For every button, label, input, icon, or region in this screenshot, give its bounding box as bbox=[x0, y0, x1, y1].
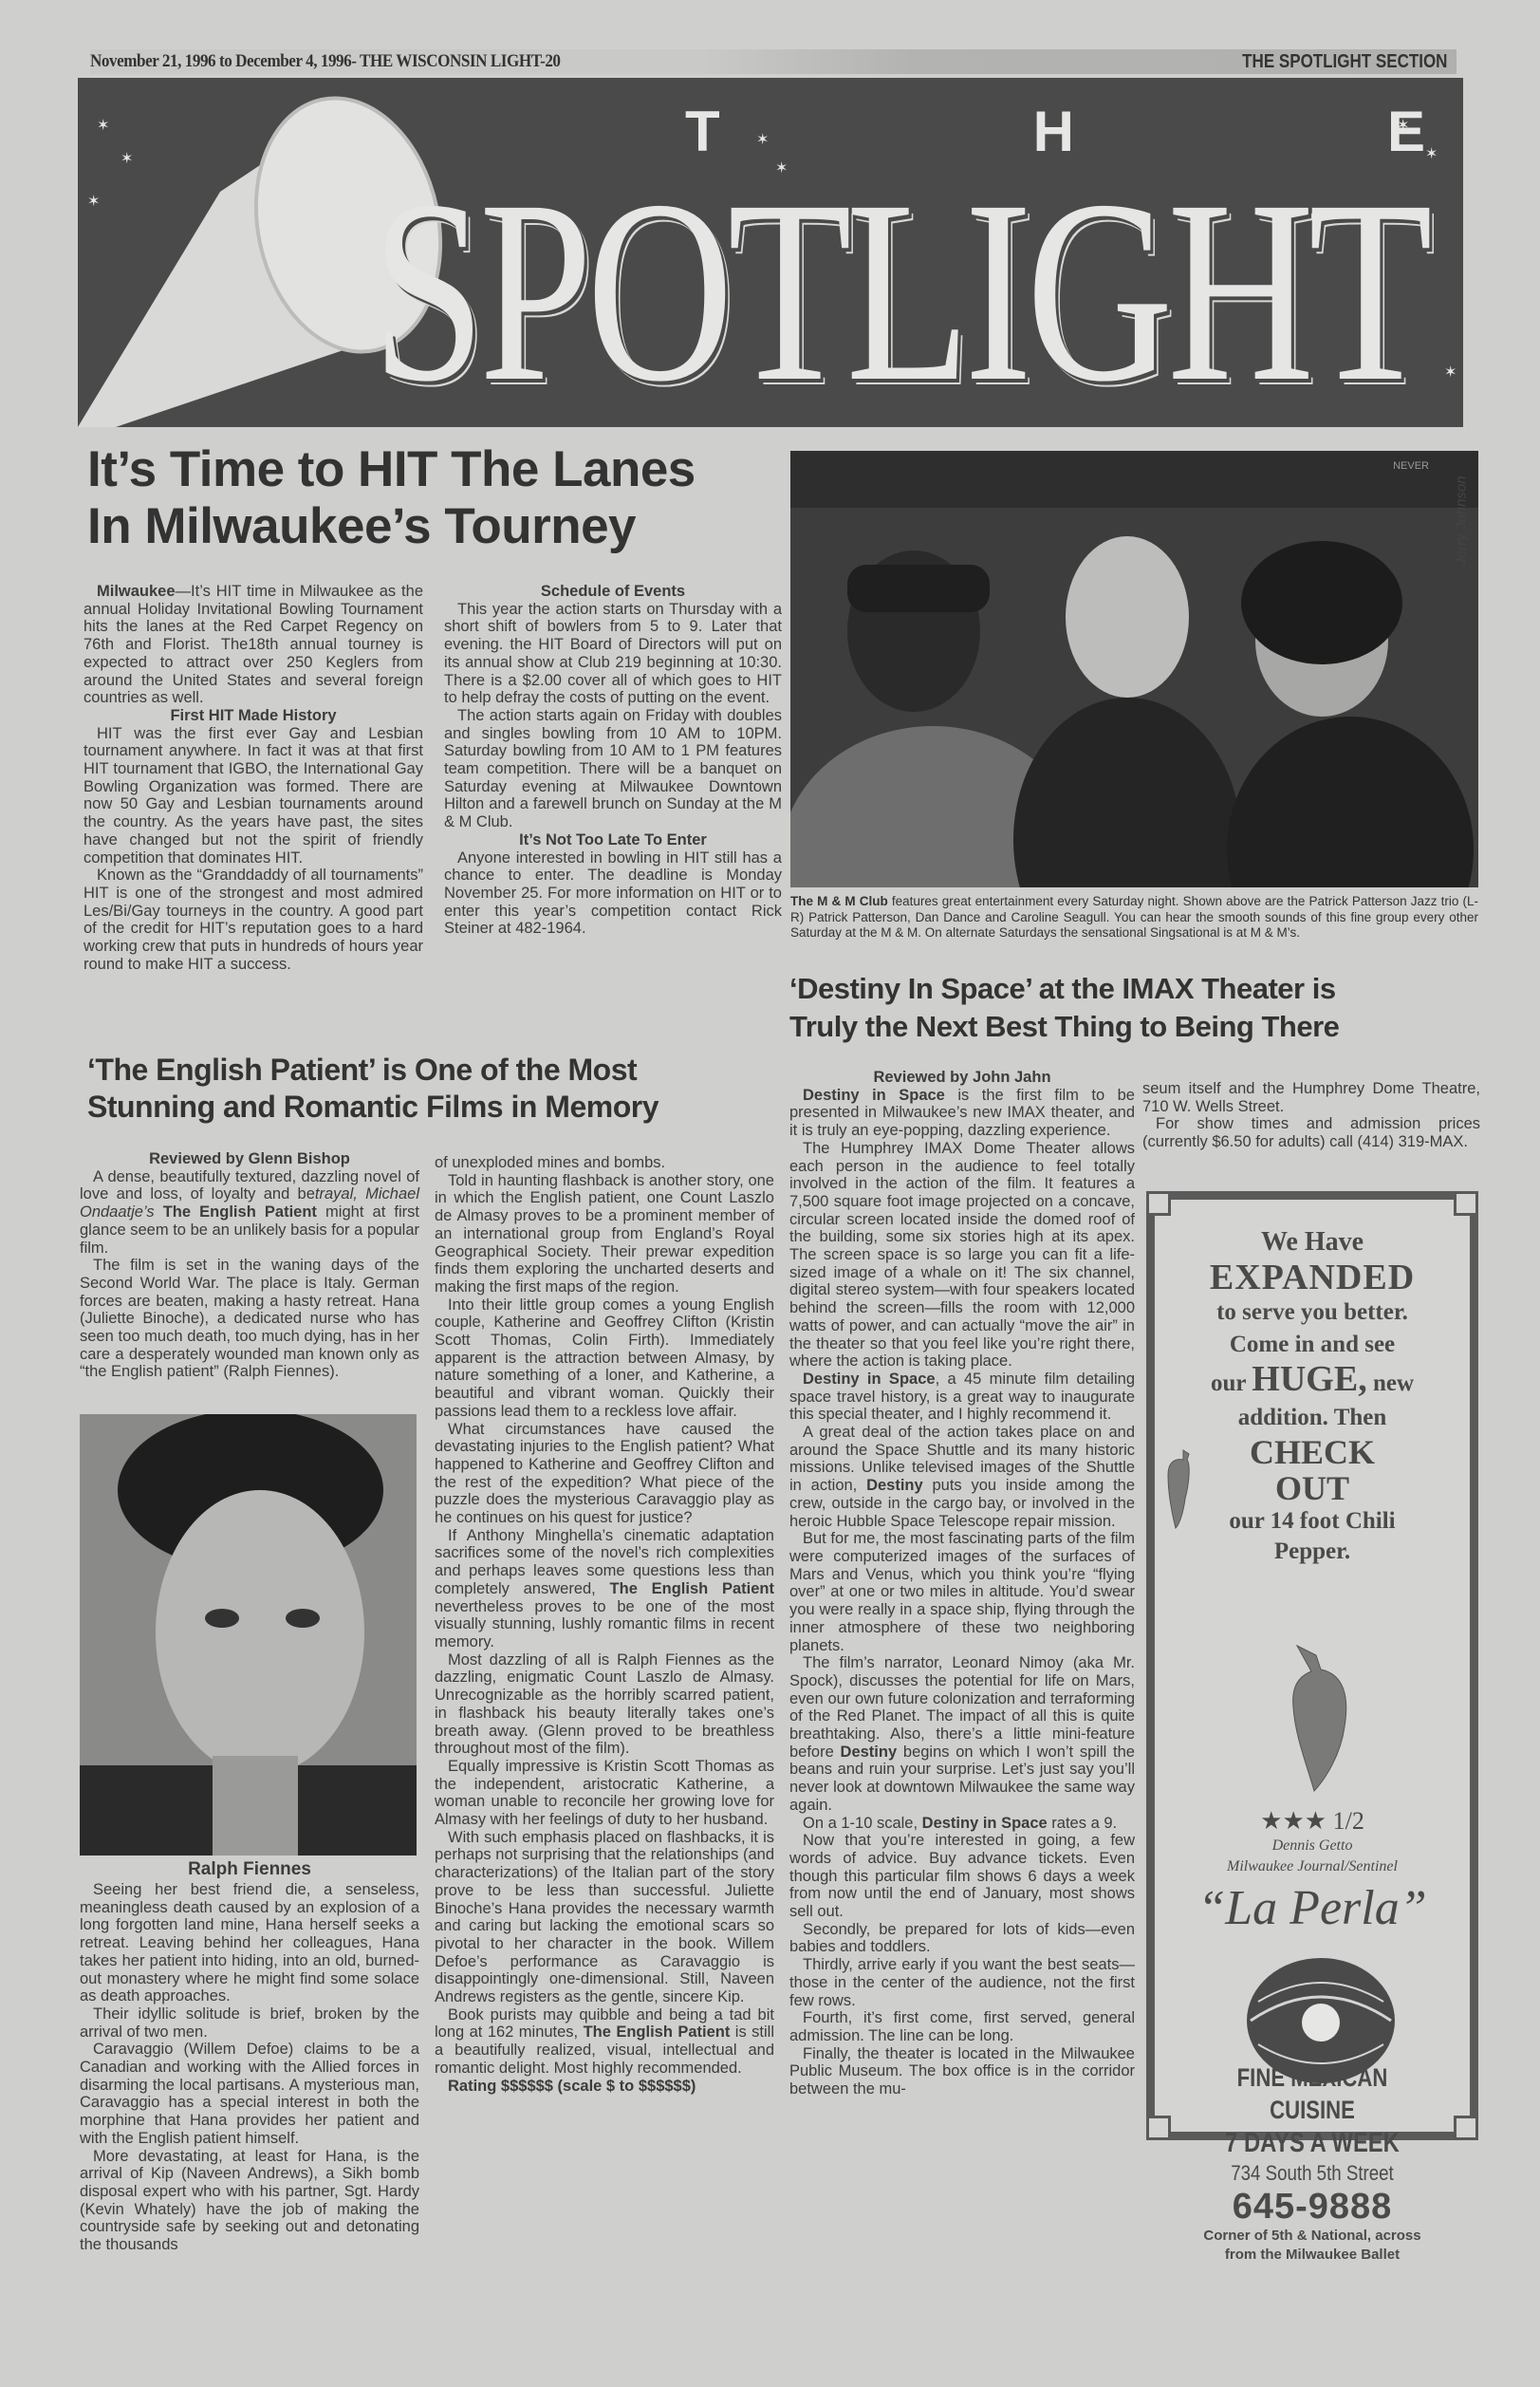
paragraph: Thirdly, arrive early if you want the be… bbox=[789, 1956, 1135, 2009]
photo-caption: Ralph Fiennes bbox=[80, 1858, 419, 1881]
section-label: THE SPOTLIGHT SECTION bbox=[1242, 51, 1447, 73]
masthead-title: SPOTLIGHT bbox=[372, 182, 1427, 401]
mm-club-photo: NEVER bbox=[790, 451, 1478, 887]
imax-headline: ‘Destiny In Space’ at the IMAX Theater i… bbox=[789, 970, 1482, 1046]
ad-phone: 645-9888 bbox=[1155, 2187, 1470, 2227]
chili-pepper-icon bbox=[1278, 1641, 1364, 1793]
paragraph: Into their little group comes a young En… bbox=[435, 1296, 774, 1421]
paragraph: Fourth, it’s first come, first served, g… bbox=[789, 2009, 1135, 2044]
english-patient-headline: ‘The English Patient’ is One of the Most… bbox=[87, 1052, 780, 1126]
paragraph: Caravaggio (Willem Defoe) claims to be a… bbox=[80, 2041, 419, 2147]
ad-text-run: our bbox=[1211, 1371, 1252, 1396]
sign-text: NEVER bbox=[1393, 460, 1429, 472]
mm-photo-caption: The M & M Club features great entertainm… bbox=[790, 894, 1478, 942]
hit-headline-line2: In Milwaukee’s Tourney bbox=[87, 498, 789, 555]
portrait-photo-icon bbox=[80, 1414, 417, 1856]
paragraph: Most dazzling of all is Ralph Fiennes as… bbox=[435, 1651, 774, 1758]
paragraph: The Humphrey IMAX Dome Theater allows ea… bbox=[789, 1140, 1135, 1371]
brand-logo-text: “La Perla” bbox=[1155, 1877, 1470, 1940]
paragraph: With such emphasis placed on flashbacks,… bbox=[435, 1829, 774, 2006]
film-title: Destiny bbox=[841, 1744, 898, 1761]
rating: Rating $$$$$$ (scale $ to $$$$$$) bbox=[448, 2078, 696, 2095]
photo-credit: Jerry Johnson bbox=[1466, 456, 1485, 598]
ad-corner bbox=[1454, 1191, 1478, 1216]
imax-headline-line1: ‘Destiny In Space’ at the IMAX Theater i… bbox=[789, 970, 1482, 1008]
byline: Reviewed by John Jahn bbox=[789, 1069, 1135, 1087]
ep-column-1b: Ralph Fiennes Seeing her best friend die… bbox=[80, 1858, 419, 2254]
paragraph: But for me, the most fascinating parts o… bbox=[789, 1530, 1135, 1654]
folio-bar: November 21, 1996 to December 4, 1996- T… bbox=[90, 49, 1457, 74]
ad-line: CHECK bbox=[1155, 1434, 1470, 1470]
byline: Reviewed by Glenn Bishop bbox=[80, 1150, 419, 1168]
ep-headline-line1: ‘The English Patient’ is One of the Most bbox=[87, 1052, 780, 1089]
ad-cuisine-line: CUISINE bbox=[1183, 2094, 1441, 2126]
subhead: First HIT Made History bbox=[83, 707, 423, 725]
ad-line: Come in and see bbox=[1155, 1329, 1470, 1361]
folio-date-line: November 21, 1996 to December 4, 1996- T… bbox=[90, 51, 561, 72]
ad-location: Corner of 5th & National, across bbox=[1155, 2227, 1470, 2246]
ad-line: addition. Then bbox=[1155, 1402, 1470, 1434]
paragraph: The action starts again on Friday with d… bbox=[444, 707, 782, 831]
star-icon: ✶ bbox=[1444, 363, 1457, 382]
ralph-fiennes-photo bbox=[80, 1414, 417, 1856]
ad-line: to serve you better. bbox=[1155, 1296, 1470, 1329]
dateline: Milwaukee bbox=[97, 583, 176, 600]
text-run: On a 1-10 scale, bbox=[803, 1815, 922, 1832]
paragraph: The film is set in the waning days of th… bbox=[80, 1257, 419, 1381]
caption-bold: The M & M Club bbox=[790, 894, 888, 908]
publication-name: Milwaukee Journal/Sentinel bbox=[1155, 1856, 1470, 1877]
paragraph: Now that you’re interested in going, a f… bbox=[789, 1832, 1135, 1921]
paragraph: Their idyllic solitude is brief, broken … bbox=[80, 2005, 419, 2041]
ad-line: our 14 foot Chili bbox=[1155, 1506, 1470, 1537]
ad-text-run: HUGE, bbox=[1252, 1359, 1366, 1399]
photo-credit-text: Jerry Johnson bbox=[1454, 476, 1470, 565]
text-run: rates a 9. bbox=[1048, 1815, 1117, 1832]
la-perla-advertisement: We Have EXPANDED to serve you better. Co… bbox=[1146, 1191, 1478, 2140]
imax-column-1: Reviewed by John Jahn Destiny in Space i… bbox=[789, 1069, 1135, 2098]
paragraph: HIT was the first ever Gay and Lesbian t… bbox=[83, 725, 423, 867]
ep-column-2: of unexploded mines and bombs. Told in h… bbox=[435, 1154, 774, 2095]
paragraph: Equally impressive is Kristin Scott Thom… bbox=[435, 1758, 774, 1829]
hit-column-1: Milwaukee—It’s HIT time in Milwaukee as … bbox=[83, 583, 423, 973]
film-title: Destiny bbox=[866, 1477, 923, 1494]
paragraph: —It’s HIT time in Milwaukee as the annua… bbox=[83, 583, 423, 706]
ad-line: We Have bbox=[1155, 1226, 1470, 1259]
paragraph: Seeing her best friend die, a senseless,… bbox=[80, 1881, 419, 2005]
ad-line: Pepper. bbox=[1155, 1537, 1470, 1567]
imax-column-2: seum itself and the Humphrey Dome Theatr… bbox=[1142, 1080, 1480, 1151]
reviewer-name: Dennis Getto bbox=[1155, 1836, 1470, 1856]
imax-headline-line2: Truly the Next Best Thing to Being There bbox=[789, 1008, 1482, 1046]
jazz-trio-photo-icon bbox=[790, 451, 1478, 887]
hit-headline: It’s Time to HIT The Lanes In Milwaukee’… bbox=[87, 441, 789, 555]
film-title: The English Patient bbox=[584, 2023, 731, 2041]
paragraph: Told in haunting flashback is another st… bbox=[435, 1172, 774, 1296]
caption-text: features great entertainment every Satur… bbox=[790, 894, 1478, 940]
paragraph: Known as the “Granddaddy of all tourname… bbox=[83, 867, 423, 973]
paragraph: This year the action starts on Thursday … bbox=[444, 601, 782, 707]
star-rating-icon: ★★★ bbox=[1260, 1807, 1327, 1835]
star-icon: ✶ bbox=[97, 116, 109, 135]
film-title: Destiny in Space bbox=[922, 1815, 1048, 1832]
ep-headline-line2: Stunning and Romantic Films in Memory bbox=[87, 1089, 780, 1126]
text-run: nevertheless proves to be one of the mos… bbox=[435, 1598, 774, 1650]
paragraph: Secondly, be prepared for lots of kids—e… bbox=[789, 1921, 1135, 1956]
paragraph: For show times and admission prices (cur… bbox=[1142, 1115, 1480, 1150]
star-icon: ✶ bbox=[1425, 144, 1438, 163]
film-title: Destiny in Space bbox=[803, 1371, 936, 1388]
star-icon: ✶ bbox=[121, 149, 133, 168]
hit-column-2: Schedule of Events This year the action … bbox=[444, 583, 782, 938]
star-icon: ✶ bbox=[87, 192, 100, 211]
subhead: Schedule of Events bbox=[444, 583, 782, 601]
spotlight-masthead: ✶ ✶ ✶ ✶ ✶ ✶ ✶ ✶ T H E SPOTLIGHT bbox=[78, 78, 1463, 427]
ad-location: from the Milwaukee Ballet bbox=[1155, 2246, 1470, 2265]
ad-line: EXPANDED bbox=[1155, 1259, 1470, 1296]
star-rating-fraction: 1/2 bbox=[1333, 1807, 1364, 1835]
ad-contact-block: FINE MEXICAN CUISINE 7 DAYS A WEEK 734 S… bbox=[1155, 2061, 1470, 2265]
ad-hours: 7 DAYS A WEEK bbox=[1183, 2126, 1441, 2160]
subhead: It’s Not Too Late To Enter bbox=[444, 831, 782, 849]
paragraph: Finally, the theater is located in the M… bbox=[789, 2045, 1135, 2098]
paragraph: of unexploded mines and bombs. bbox=[435, 1154, 774, 1172]
ad-line: OUT bbox=[1155, 1470, 1470, 1506]
paragraph: seum itself and the Humphrey Dome Theatr… bbox=[1142, 1080, 1480, 1115]
hit-headline-line1: It’s Time to HIT The Lanes bbox=[87, 441, 789, 498]
paragraph: What circumstances have caused the devas… bbox=[435, 1421, 774, 1527]
paragraph: Anyone interested in bowling in HIT stil… bbox=[444, 849, 782, 939]
paragraph: More devastating, at least for Hana, is … bbox=[80, 2148, 419, 2254]
film-title: The English Patient bbox=[610, 1580, 774, 1597]
ep-column-1: Reviewed by Glenn Bishop A dense, beauti… bbox=[80, 1150, 419, 1381]
ad-cuisine-line: FINE MEXICAN bbox=[1183, 2061, 1441, 2094]
ad-text-run: new bbox=[1367, 1371, 1414, 1396]
ad-address: 734 South 5th Street bbox=[1178, 2160, 1446, 2187]
film-title: The English Patient bbox=[163, 1203, 317, 1221]
small-chili-pepper-icon bbox=[1162, 1446, 1195, 1532]
film-title: Destiny in Space bbox=[803, 1087, 945, 1104]
ad-corner bbox=[1146, 1191, 1171, 1216]
